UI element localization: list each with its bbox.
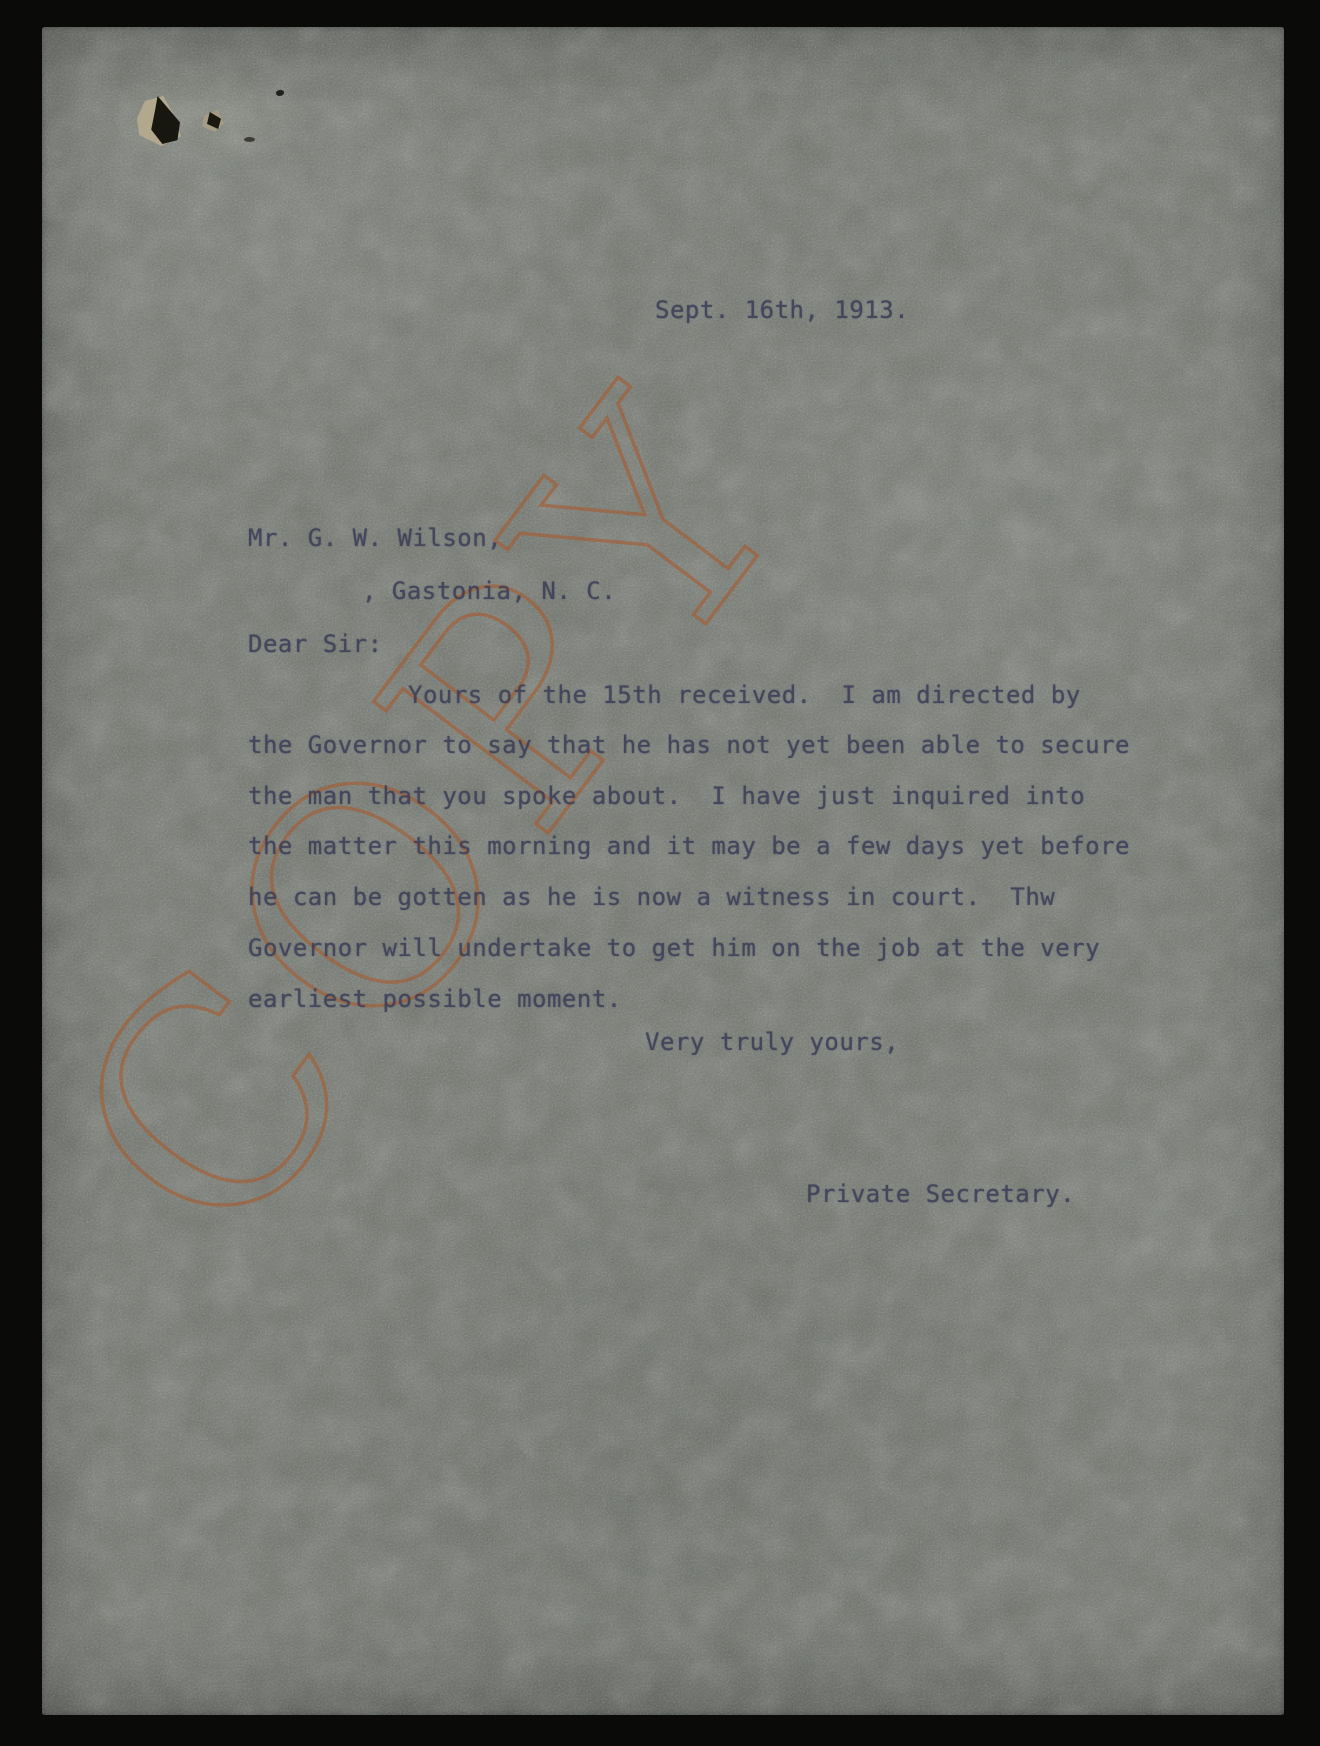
paper-texture	[42, 27, 1284, 1715]
recipient-name: Mr. G. W. Wilson,	[248, 524, 502, 552]
signature-title: Private Secretary.	[806, 1180, 1075, 1208]
body-line: Governor will undertake to get him on th…	[248, 934, 1100, 962]
body-line: the matter this morning and it may be a …	[248, 832, 1130, 860]
body-line: he can be gotten as he is now a witness …	[248, 883, 1055, 911]
date-line: Sept. 16th, 1913.	[655, 296, 909, 324]
paper-speck	[244, 137, 255, 142]
body-line: earliest possible moment.	[248, 985, 622, 1013]
body-line: the Governor to say that he has not yet …	[248, 731, 1130, 759]
letter-paper	[42, 27, 1284, 1715]
closing: Very truly yours,	[645, 1028, 899, 1056]
recipient-address: , Gastonia, N. C.	[362, 577, 616, 605]
scanned-letter-page: COPY Sept. 16th, 1913. Mr. G. W. Wilson,…	[0, 0, 1320, 1746]
body-line: the man that you spoke about. I have jus…	[248, 782, 1085, 810]
body-line: Yours of the 15th received. I am directe…	[408, 681, 1081, 709]
salutation: Dear Sir:	[248, 630, 383, 658]
